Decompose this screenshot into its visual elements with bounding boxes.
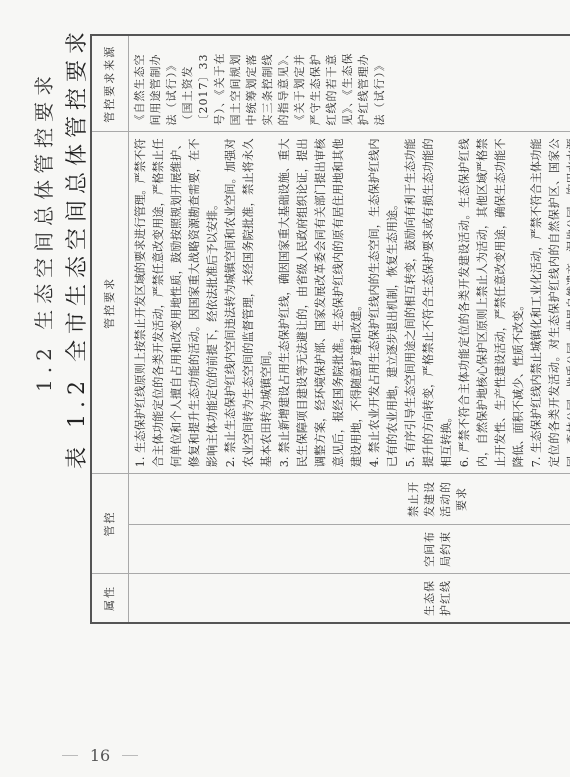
table-header-row: 属性 管控 管控要求 管控要求来源 <box>91 35 129 623</box>
header-requirements: 管控要求 <box>91 132 129 474</box>
cell-control-category: 空间布局约束 <box>129 524 570 573</box>
section-heading: 1.2 生态空间总体管控要求 <box>28 70 57 392</box>
table-title: 表 1.2 全市生态空间总体管控要求 <box>60 26 91 469</box>
header-attribute: 属性 <box>91 573 129 623</box>
requirement-item: 3. 禁止新增建设占用生态保护红线，确因国家重大基础设施、重大民生保障项目建设等… <box>276 138 366 467</box>
requirement-item: 1. 生态保护红线原则上按禁止开发区域的要求进行管理。严禁不符合主体功能定位的各… <box>132 138 222 467</box>
requirement-item: 2. 禁止生态保护红线内空间违法转为城镇空间和农业空间。加强对农业空间转为生态空… <box>222 138 276 467</box>
cell-source: 《自然生态空间用途管制办法（试行）》（国土资发〔2017〕33号）、《关于在国土… <box>129 35 570 132</box>
cell-requirements: 1. 生态保护红线原则上按禁止开发区域的要求进行管理。严禁不符合主体功能定位的各… <box>129 132 570 474</box>
cell-control-subcategory: 禁止开发建设活动的要求 <box>129 474 570 525</box>
header-control: 管控 <box>91 474 129 574</box>
header-source: 管控要求来源 <box>91 35 129 132</box>
requirement-item: 4. 禁止农业开发占用生态保护红线内的生态空间，生态保护红线内已有的农业用地，建… <box>366 138 402 467</box>
control-requirements-table: 属性 管控 管控要求 管控要求来源 生态保护红线 空间布局约束 禁止开发建设活动… <box>90 34 570 624</box>
requirement-item: 7. 生态保护红线内禁止城镇化和工业化活动，严禁不符合主体功能定位的各类开发活动… <box>528 138 570 467</box>
page-number: 16 <box>90 746 110 765</box>
table-row: 生态保护红线 空间布局约束 禁止开发建设活动的要求 1. 生态保护红线原则上按禁… <box>129 35 570 623</box>
page-footer: 16 <box>40 743 160 767</box>
requirement-item: 6. 严禁不符合主体功能定位的各类开发建设活动。生态保护红线内，自然保护地核心保… <box>456 138 528 467</box>
cell-attribute: 生态保护红线 <box>129 573 570 623</box>
divider-dash <box>122 755 138 756</box>
requirement-item: 5. 有序引导生态空间用途之间的相互转变，鼓励向有利于生态功能提升的方向转变，严… <box>402 138 456 467</box>
rotated-page-content: 1.2 生态空间总体管控要求 表 1.2 全市生态空间总体管控要求 属性 管控 … <box>0 0 570 777</box>
divider-dash <box>62 755 78 756</box>
